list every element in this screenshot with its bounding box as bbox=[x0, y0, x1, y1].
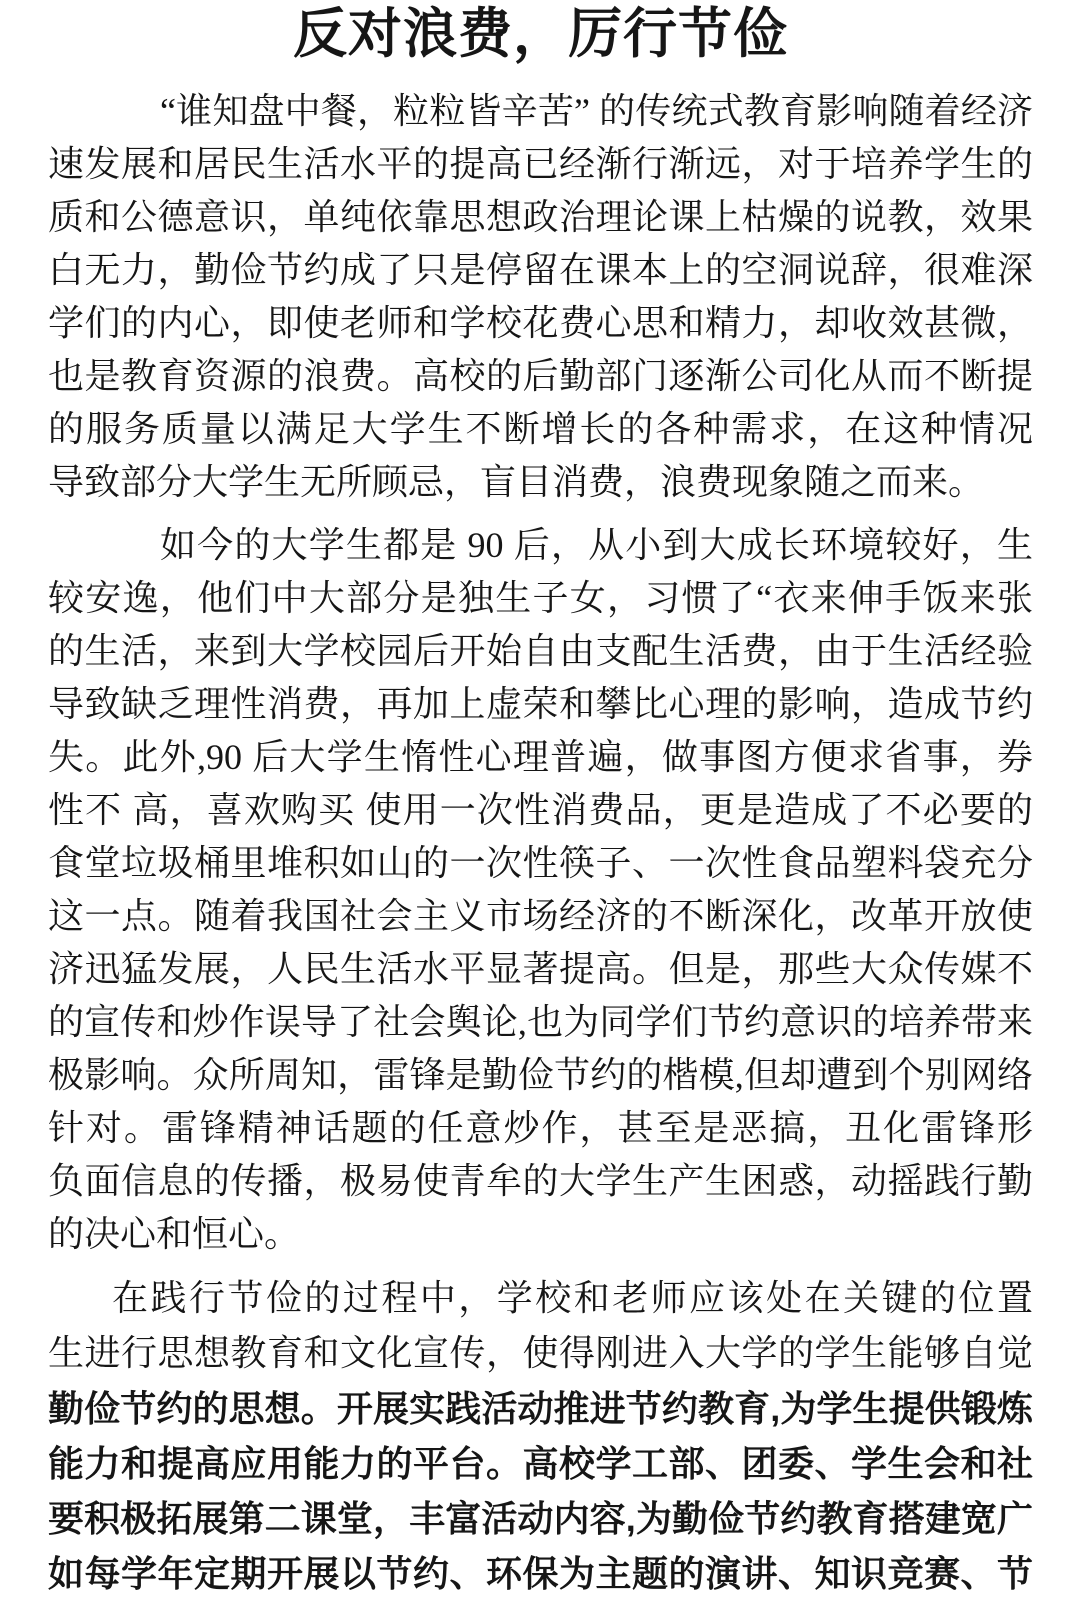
text-line: 的宣传和炒作误导了社会舆论,也为同学们节约意识的培养带来了消 bbox=[48, 996, 1033, 1049]
text-line: 极影响。众所周知，雷锋是勤俭节约的楷模,但却遭到个别网络媒 体 bbox=[48, 1049, 1033, 1102]
text-line: 白无力，勤俭节约成了只是停留在课本上的空洞说辞，很难深入到同 bbox=[48, 244, 1033, 297]
text-line: 的服务质量以满足大学生不断增长的各种需求，在这种情况下，势必 bbox=[48, 403, 1033, 456]
text-line: 较安逸，他们中大部分是独生子女，习惯了“衣来伸手饭来张口 ” bbox=[48, 572, 1033, 625]
text-line: 食堂垃圾桶里堆积如山的一次性筷子、一次性食品塑料袋充分说明了 bbox=[48, 837, 1033, 890]
text-line: 能力和提高应用能力的平台。高校学工部、团委、学生会和社团组织 bbox=[48, 1436, 1033, 1491]
text-line: 的决心和恒心。 bbox=[48, 1208, 1033, 1261]
text-line: 如每学年定期开展以节约、环保为主题的演讲、知识竞赛、节能小发 bbox=[48, 1546, 1033, 1601]
text-line: 速发展和居民生活水平的提高已经渐行渐远，对于培养学生的道德品 bbox=[48, 138, 1033, 191]
text-line: 学们的内心，即使老师和学校花费心思和精力，却收效甚微，这本身 bbox=[48, 297, 1033, 350]
text-line: 在践行节俭的过程中，学校和老师应该处在关键的位置上，对学 bbox=[48, 1271, 1033, 1326]
document-page: 反对浪费，厉行节俭 “谁知盘中餐，粒粒皆辛苦” 的传统式教育影响随着经济的飞 速… bbox=[0, 0, 1079, 1617]
paragraph-1: “谁知盘中餐，粒粒皆辛苦” 的传统式教育影响随着经济的飞 速发展和居民生活水平的… bbox=[48, 85, 1033, 509]
text-line: 性不 高，喜欢购买 使用一次性消费品，更是造成了不必要的浪费， bbox=[48, 784, 1033, 837]
text-line: 生进行思想教育和文化宣传，使得刚进入大学的学生能够自觉的接受 bbox=[48, 1326, 1033, 1381]
text-line: 负面信息的传播，极易使青牟的大学生产生困惑，动摇践行勤俭节约 bbox=[48, 1155, 1033, 1208]
text-line: 的生活，来到大学校园后开始自由支配生活费，由于生活经验不 足 bbox=[48, 625, 1033, 678]
text-line: 勤俭节约的思想。开展实践活动推进节约教育,为学生提供锻炼动手 bbox=[48, 1381, 1033, 1436]
text-line: 也是教育资源的浪费。高校的后勤部门逐渐公司化从而不断提升自己 bbox=[48, 350, 1033, 403]
paragraph-2: 如今的大学生都是 90 后，从小到大成长环境较好，生活相对 较安逸，他们中大部分… bbox=[48, 519, 1033, 1261]
text-line: 济迅猛发展，人民生活水平显著提高。但是，那些大众传媒不负责任 bbox=[48, 943, 1033, 996]
text-line: “谁知盘中餐，粒粒皆辛苦” 的传统式教育影响随着经济的飞 bbox=[48, 85, 1033, 138]
text-line: 要积极拓展第二课堂，丰富活动内容,为勤俭节约教育搭建宽广平台， bbox=[48, 1491, 1033, 1546]
text-line: 针对。雷锋精神话题的任意炒作，甚至是恶搞，丑化雷锋形象，这些 bbox=[48, 1102, 1033, 1155]
text-line: 如今的大学生都是 90 后，从小到大成长环境较好，生活相对 bbox=[48, 519, 1033, 572]
text-line: 质和公德意识，单纯依靠思想政治理论课上枯燥的说教，效果总是苍 bbox=[48, 191, 1033, 244]
paragraph-3: 在践行节俭的过程中，学校和老师应该处在关键的位置上，对学 生进行思想教育和文化宣… bbox=[48, 1271, 1033, 1601]
text-line: 这一点。随着我国社会主义市场经济的不断深化，改革开放使我国经 bbox=[48, 890, 1033, 943]
text-line: 失。此外,90 后大学生惰性心理普遍，做事图方便求省事，券动积极 bbox=[48, 731, 1033, 784]
text-line: 导致缺乏理性消费，再加上虚荣和攀比心理的影响，造成节约意识缺 bbox=[48, 678, 1033, 731]
text-line: 导致部分大学生无所顾忌，盲目消费，浪费现象随之而来。 bbox=[48, 456, 1033, 509]
document-title: 反对浪费，厉行节俭 bbox=[48, 4, 1033, 64]
